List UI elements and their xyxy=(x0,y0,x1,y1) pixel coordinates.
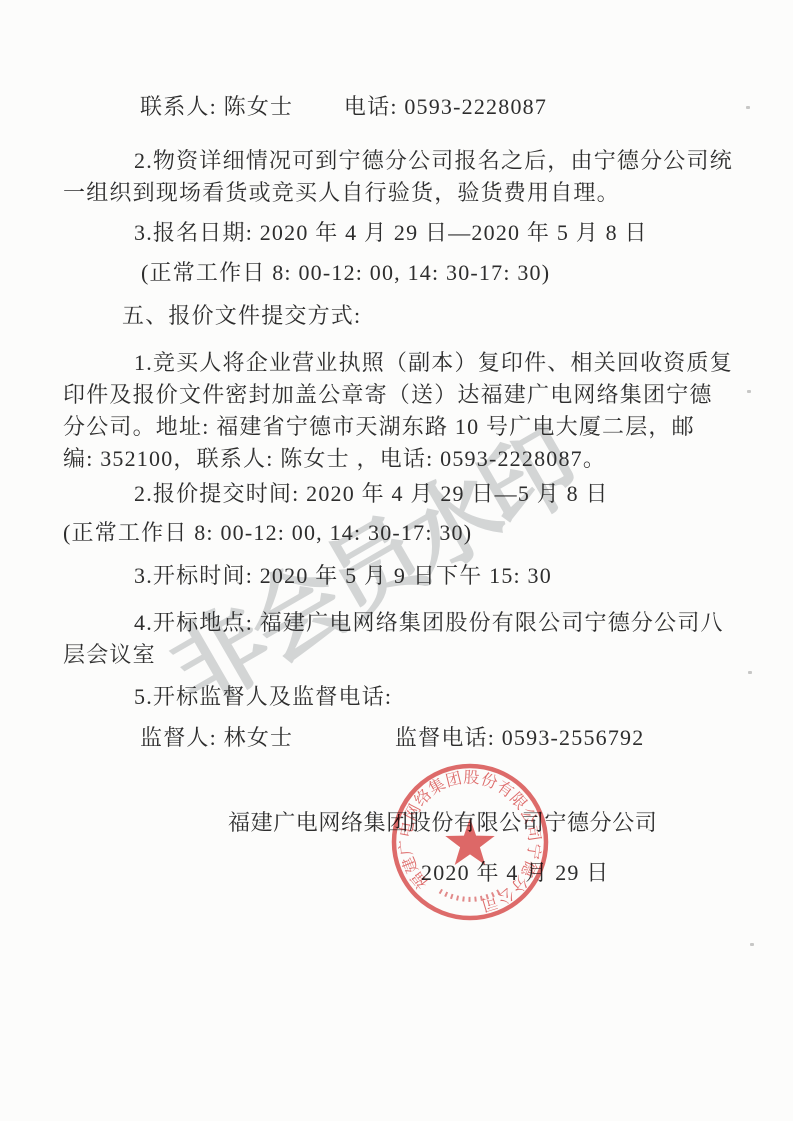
document-page: 非会员水印 联系人: 陈女士 电话: 0593-2228087 2.物资详细情况… xyxy=(0,0,793,1121)
supervision-heading: 5.开标监督人及监督电话: xyxy=(134,682,392,712)
working-hours-note-1: (正常工作日 8: 00-12: 00, 14: 30-17: 30) xyxy=(141,258,550,288)
scan-speck xyxy=(746,106,750,109)
official-seal: 福建广电网络集团股份有限公司宁德分公司 xyxy=(380,752,560,932)
contact-person: 联系人: 陈女士 xyxy=(140,94,293,119)
bid-opening-place-line1: 4.开标地点: 福建广电网络集团股份有限公司宁德分公司八 xyxy=(134,608,724,638)
bid-opening-time-line: 3.开标时间: 2020 年 5 月 9 日下午 15: 30 xyxy=(134,561,552,591)
section5-title: 五、报价文件提交方式: xyxy=(122,301,361,331)
contact-line: 联系人: 陈女士 电话: 0593-2228087 xyxy=(140,92,547,122)
quote-submission-time-line: 2.报价提交时间: 2020 年 4 月 29 日—5 月 8 日 xyxy=(134,479,609,509)
supervisor-line: 监督人: 林女士 监督电话: 0593-2556792 xyxy=(140,723,644,753)
bid-opening-place-line2: 层会议室 xyxy=(63,640,156,670)
item1-line1: 1.竞买人将企业营业执照（副本）复印件、相关回收资质复 xyxy=(134,348,733,378)
contact-phone: 电话: 0593-2228087 xyxy=(344,94,547,119)
star-icon xyxy=(445,818,494,865)
registration-date-line: 3.报名日期: 2020 年 4 月 29 日—2020 年 5 月 8 日 xyxy=(134,218,648,248)
supervisor-person: 监督人: 林女士 xyxy=(140,725,293,750)
paragraph-materials-line2: 一组织到现场看货或竞买人自行验货，验货费用自理。 xyxy=(63,178,620,208)
paragraph-materials-line1: 2.物资详细情况可到宁德分公司报名之后，由宁德分公司统 xyxy=(134,146,733,176)
item1-line2: 印件及报价文件密封加盖公章寄（送）达福建广电网络集团宁德 xyxy=(63,380,713,410)
supervisor-phone: 监督电话: 0593-2556792 xyxy=(395,725,645,750)
scan-speck xyxy=(748,671,752,674)
item1-line4: 编: 352100，联系人: 陈女士 ，电话: 0593-2228087。 xyxy=(63,444,606,474)
item1-line3: 分公司。地址: 福建省宁德市天湖东路 10 号广电大厦二层，邮 xyxy=(63,412,695,442)
scan-speck xyxy=(750,943,754,946)
working-hours-note-2: (正常工作日 8: 00-12: 00, 14: 30-17: 30) xyxy=(63,518,472,548)
scan-speck xyxy=(747,390,751,393)
